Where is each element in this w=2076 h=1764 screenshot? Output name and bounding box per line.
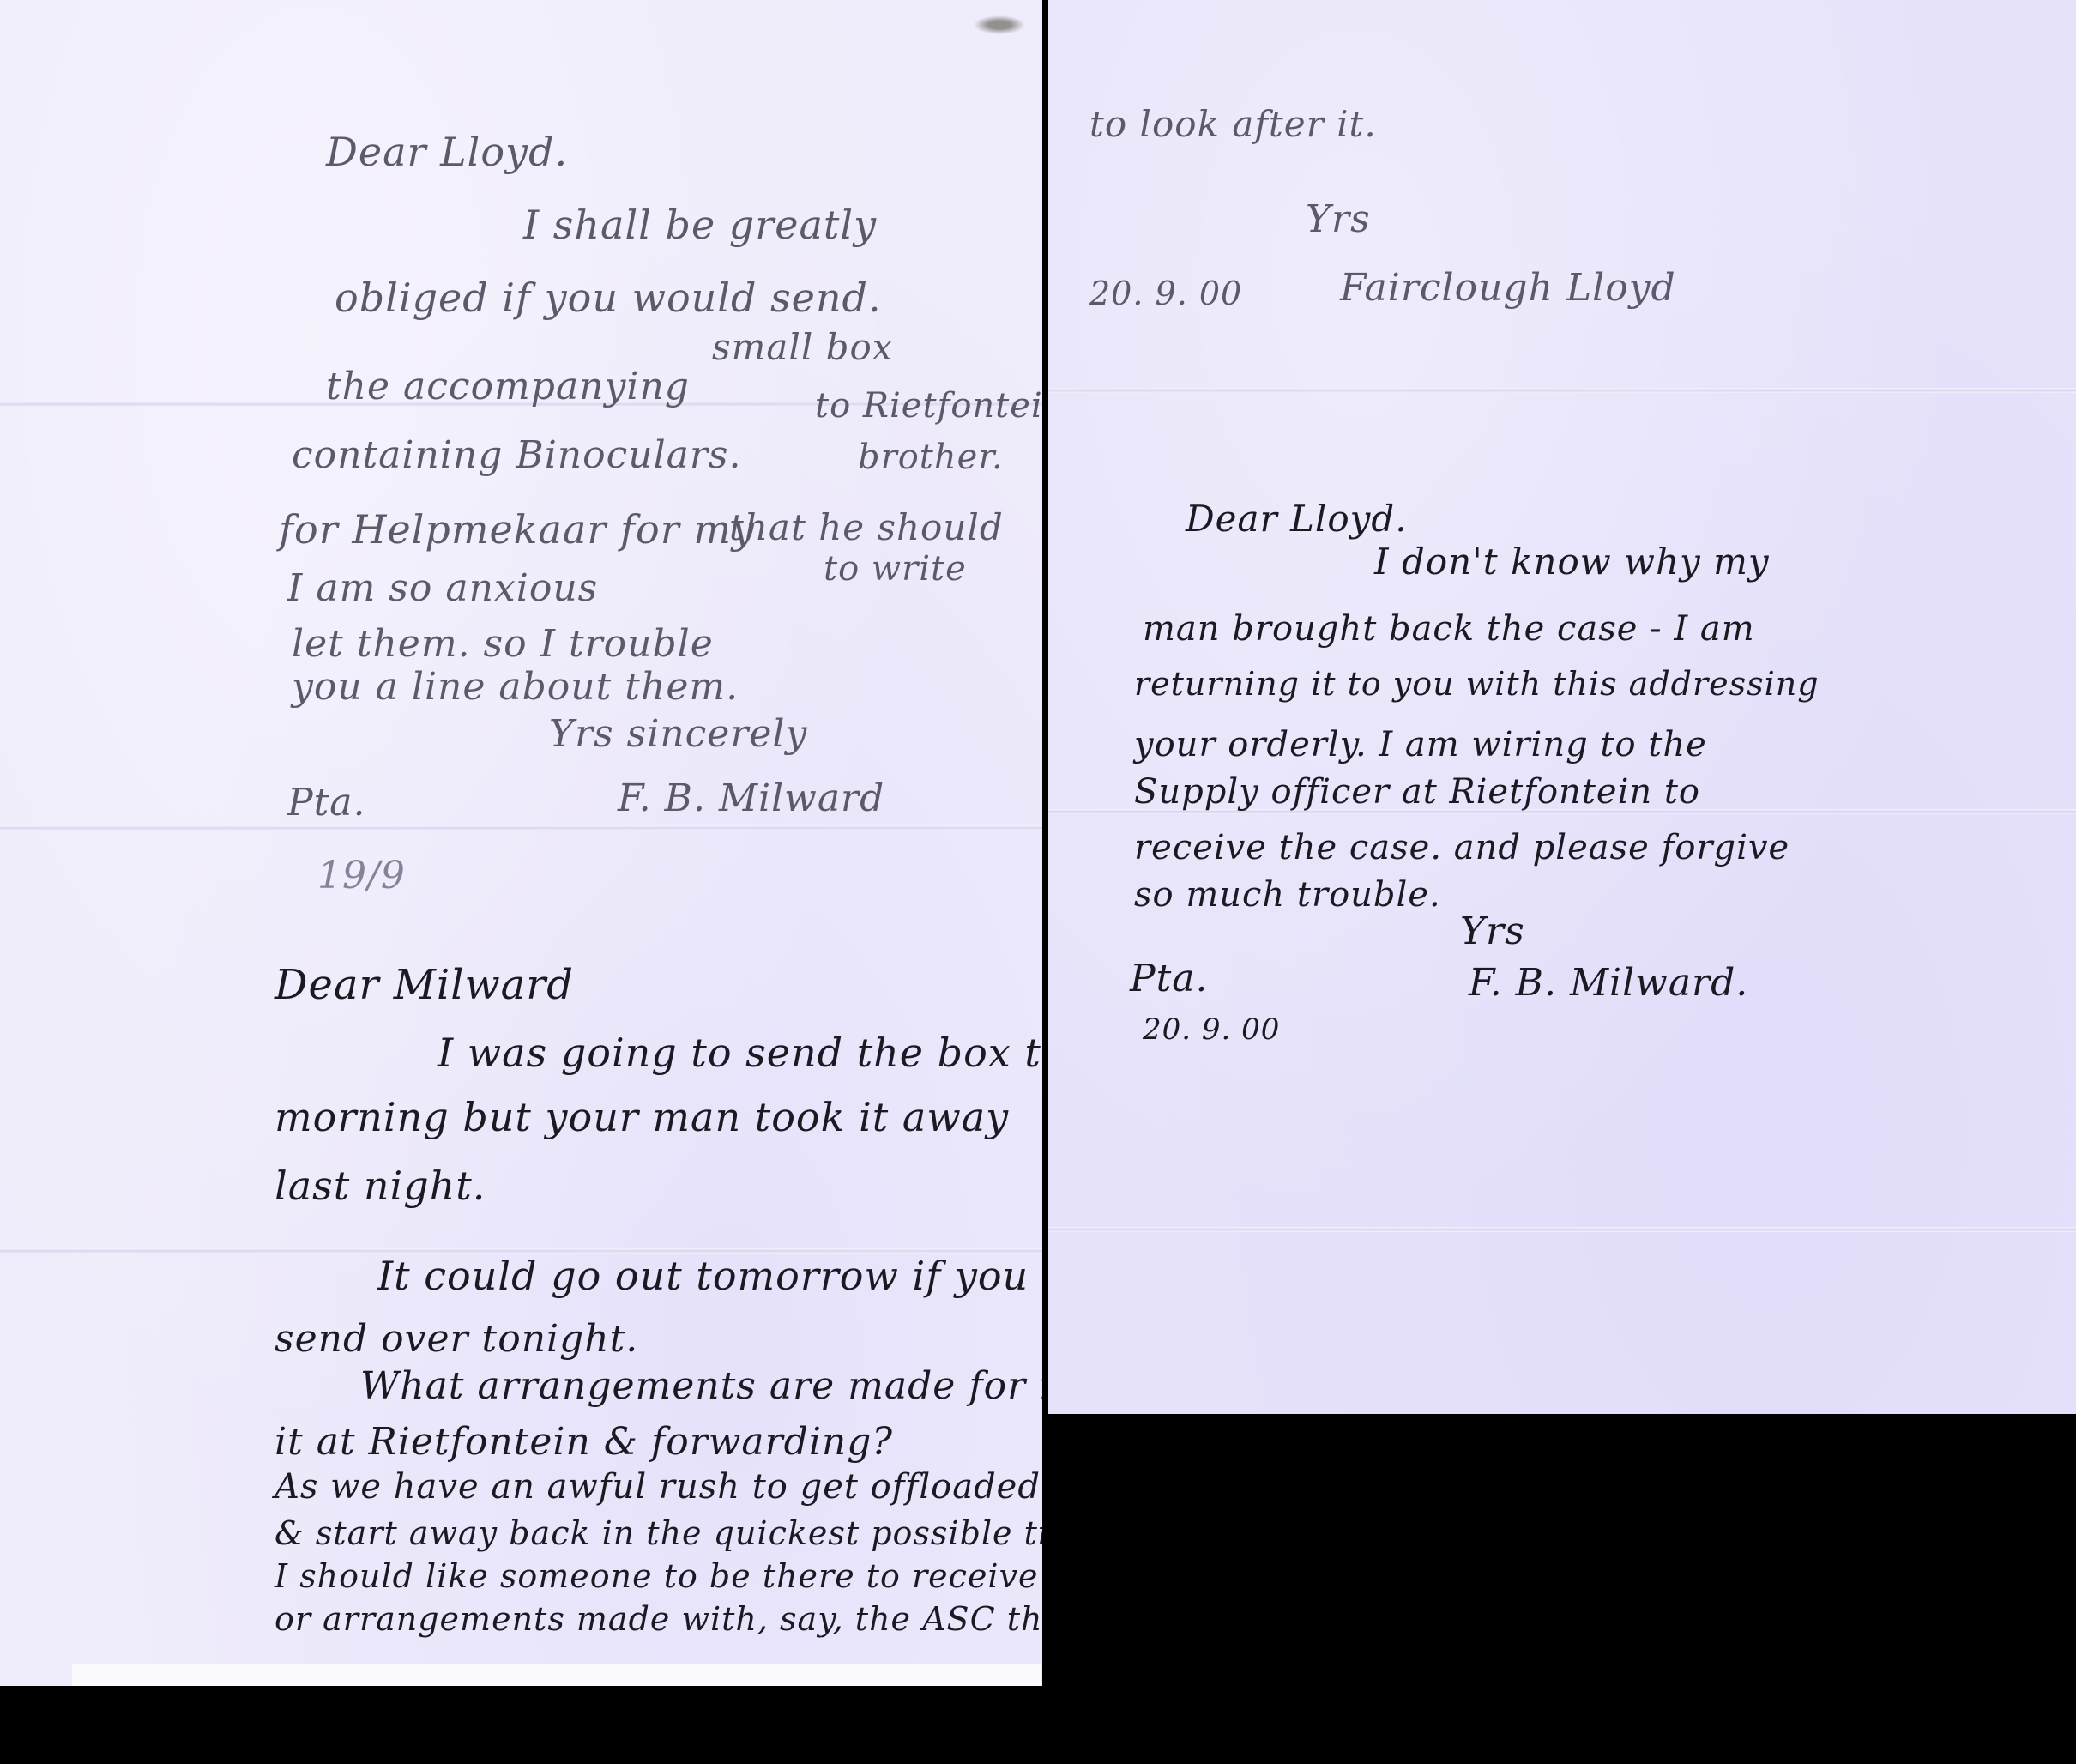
letter2-line: or arrangements made with, say, the ASC … bbox=[275, 1600, 1042, 1638]
fold-line bbox=[1048, 388, 2076, 393]
letter3-line: so much trouble. bbox=[1134, 875, 1441, 915]
letter1-closing: Yrs sincerely bbox=[549, 712, 807, 756]
letter2-line: What arrangements are made for receiving bbox=[360, 1364, 1042, 1408]
letter2-closing: Yrs bbox=[1306, 197, 1371, 241]
letter3-closing: Yrs bbox=[1460, 909, 1525, 953]
ink-stain bbox=[974, 15, 1025, 34]
letter1-line: the accompanying bbox=[326, 365, 690, 408]
letter1-signature: F. B. Milward bbox=[618, 776, 884, 820]
letter2-salutation: Dear Milward bbox=[275, 961, 574, 1009]
letter2-date: 20. 9. 00 bbox=[1089, 275, 1242, 312]
letter1-line: I am so anxious bbox=[287, 566, 598, 610]
letter3-place: Pta. bbox=[1130, 957, 1209, 1000]
letter3-signature: F. B. Milward. bbox=[1469, 961, 1748, 1005]
fold-line bbox=[0, 825, 1042, 831]
letter1-line: for Helpmekaar for my bbox=[279, 506, 755, 553]
letter2-line: As we have an awful rush to get offloade… bbox=[275, 1467, 1041, 1507]
letter2-line: It could go out tomorrow if you bbox=[377, 1253, 1029, 1299]
letter1-date: 19/9 bbox=[317, 854, 406, 897]
letter1-line: I shall be greatly bbox=[523, 202, 877, 248]
letter2-line: morning but your man took it away bbox=[275, 1094, 1009, 1140]
letter3-date: 20. 9. 00 bbox=[1143, 1012, 1280, 1047]
right-letter-sheet: to look after it. Yrs 20. 9. 00 Fairclou… bbox=[1048, 0, 2076, 1414]
letter3-line: I don't know why my bbox=[1374, 541, 1770, 583]
letter2-line: I should like someone to be there to rec… bbox=[275, 1557, 1042, 1595]
letter1-line: small box bbox=[712, 326, 894, 368]
letter1-line: let them. so I trouble bbox=[292, 622, 714, 666]
letter3-line: Supply officer at Rietfontein to bbox=[1134, 772, 1700, 812]
fold-line bbox=[1048, 1227, 2076, 1232]
letter1-line: brother. bbox=[858, 438, 1004, 477]
letter1-line: that he should bbox=[729, 506, 1004, 548]
letter1-line: to write bbox=[824, 549, 967, 589]
letter3-line: your orderly. I am wiring to the bbox=[1134, 725, 1707, 764]
letter1-line: to Rietfontein bbox=[815, 386, 1042, 426]
letter1-line: containing Binoculars. bbox=[292, 433, 741, 477]
letter1-salutation: Dear Lloyd. bbox=[326, 129, 568, 175]
letter3-salutation: Dear Lloyd. bbox=[1186, 498, 1408, 540]
letter2-line: it at Rietfontein & forwarding? bbox=[275, 1420, 893, 1464]
letter1-line: you a line about them. bbox=[292, 665, 739, 709]
left-letter-sheet: Dear Lloyd. I shall be greatly obliged i… bbox=[0, 0, 1042, 1686]
letter3-line: man brought back the case - I am bbox=[1143, 609, 1755, 649]
paper-edge-strip bbox=[72, 1664, 1041, 1686]
letter1-place: Pta. bbox=[287, 781, 366, 825]
letter2-continued-line: to look after it. bbox=[1089, 103, 1377, 145]
letter3-line: receive the case. and please forgive bbox=[1134, 828, 1789, 867]
letter2-line: send over tonight. bbox=[275, 1317, 638, 1361]
letter2-line: & start away back in the quickest possib… bbox=[275, 1514, 1042, 1552]
letter2-line: last night. bbox=[275, 1163, 486, 1209]
letter3-line: returning it to you with this addressing bbox=[1134, 665, 1820, 703]
letter1-line: obliged if you would send. bbox=[335, 275, 882, 321]
letter2-line: I was going to send the box this bbox=[438, 1030, 1042, 1076]
letter2-signature: Fairclough Lloyd bbox=[1340, 266, 1676, 310]
